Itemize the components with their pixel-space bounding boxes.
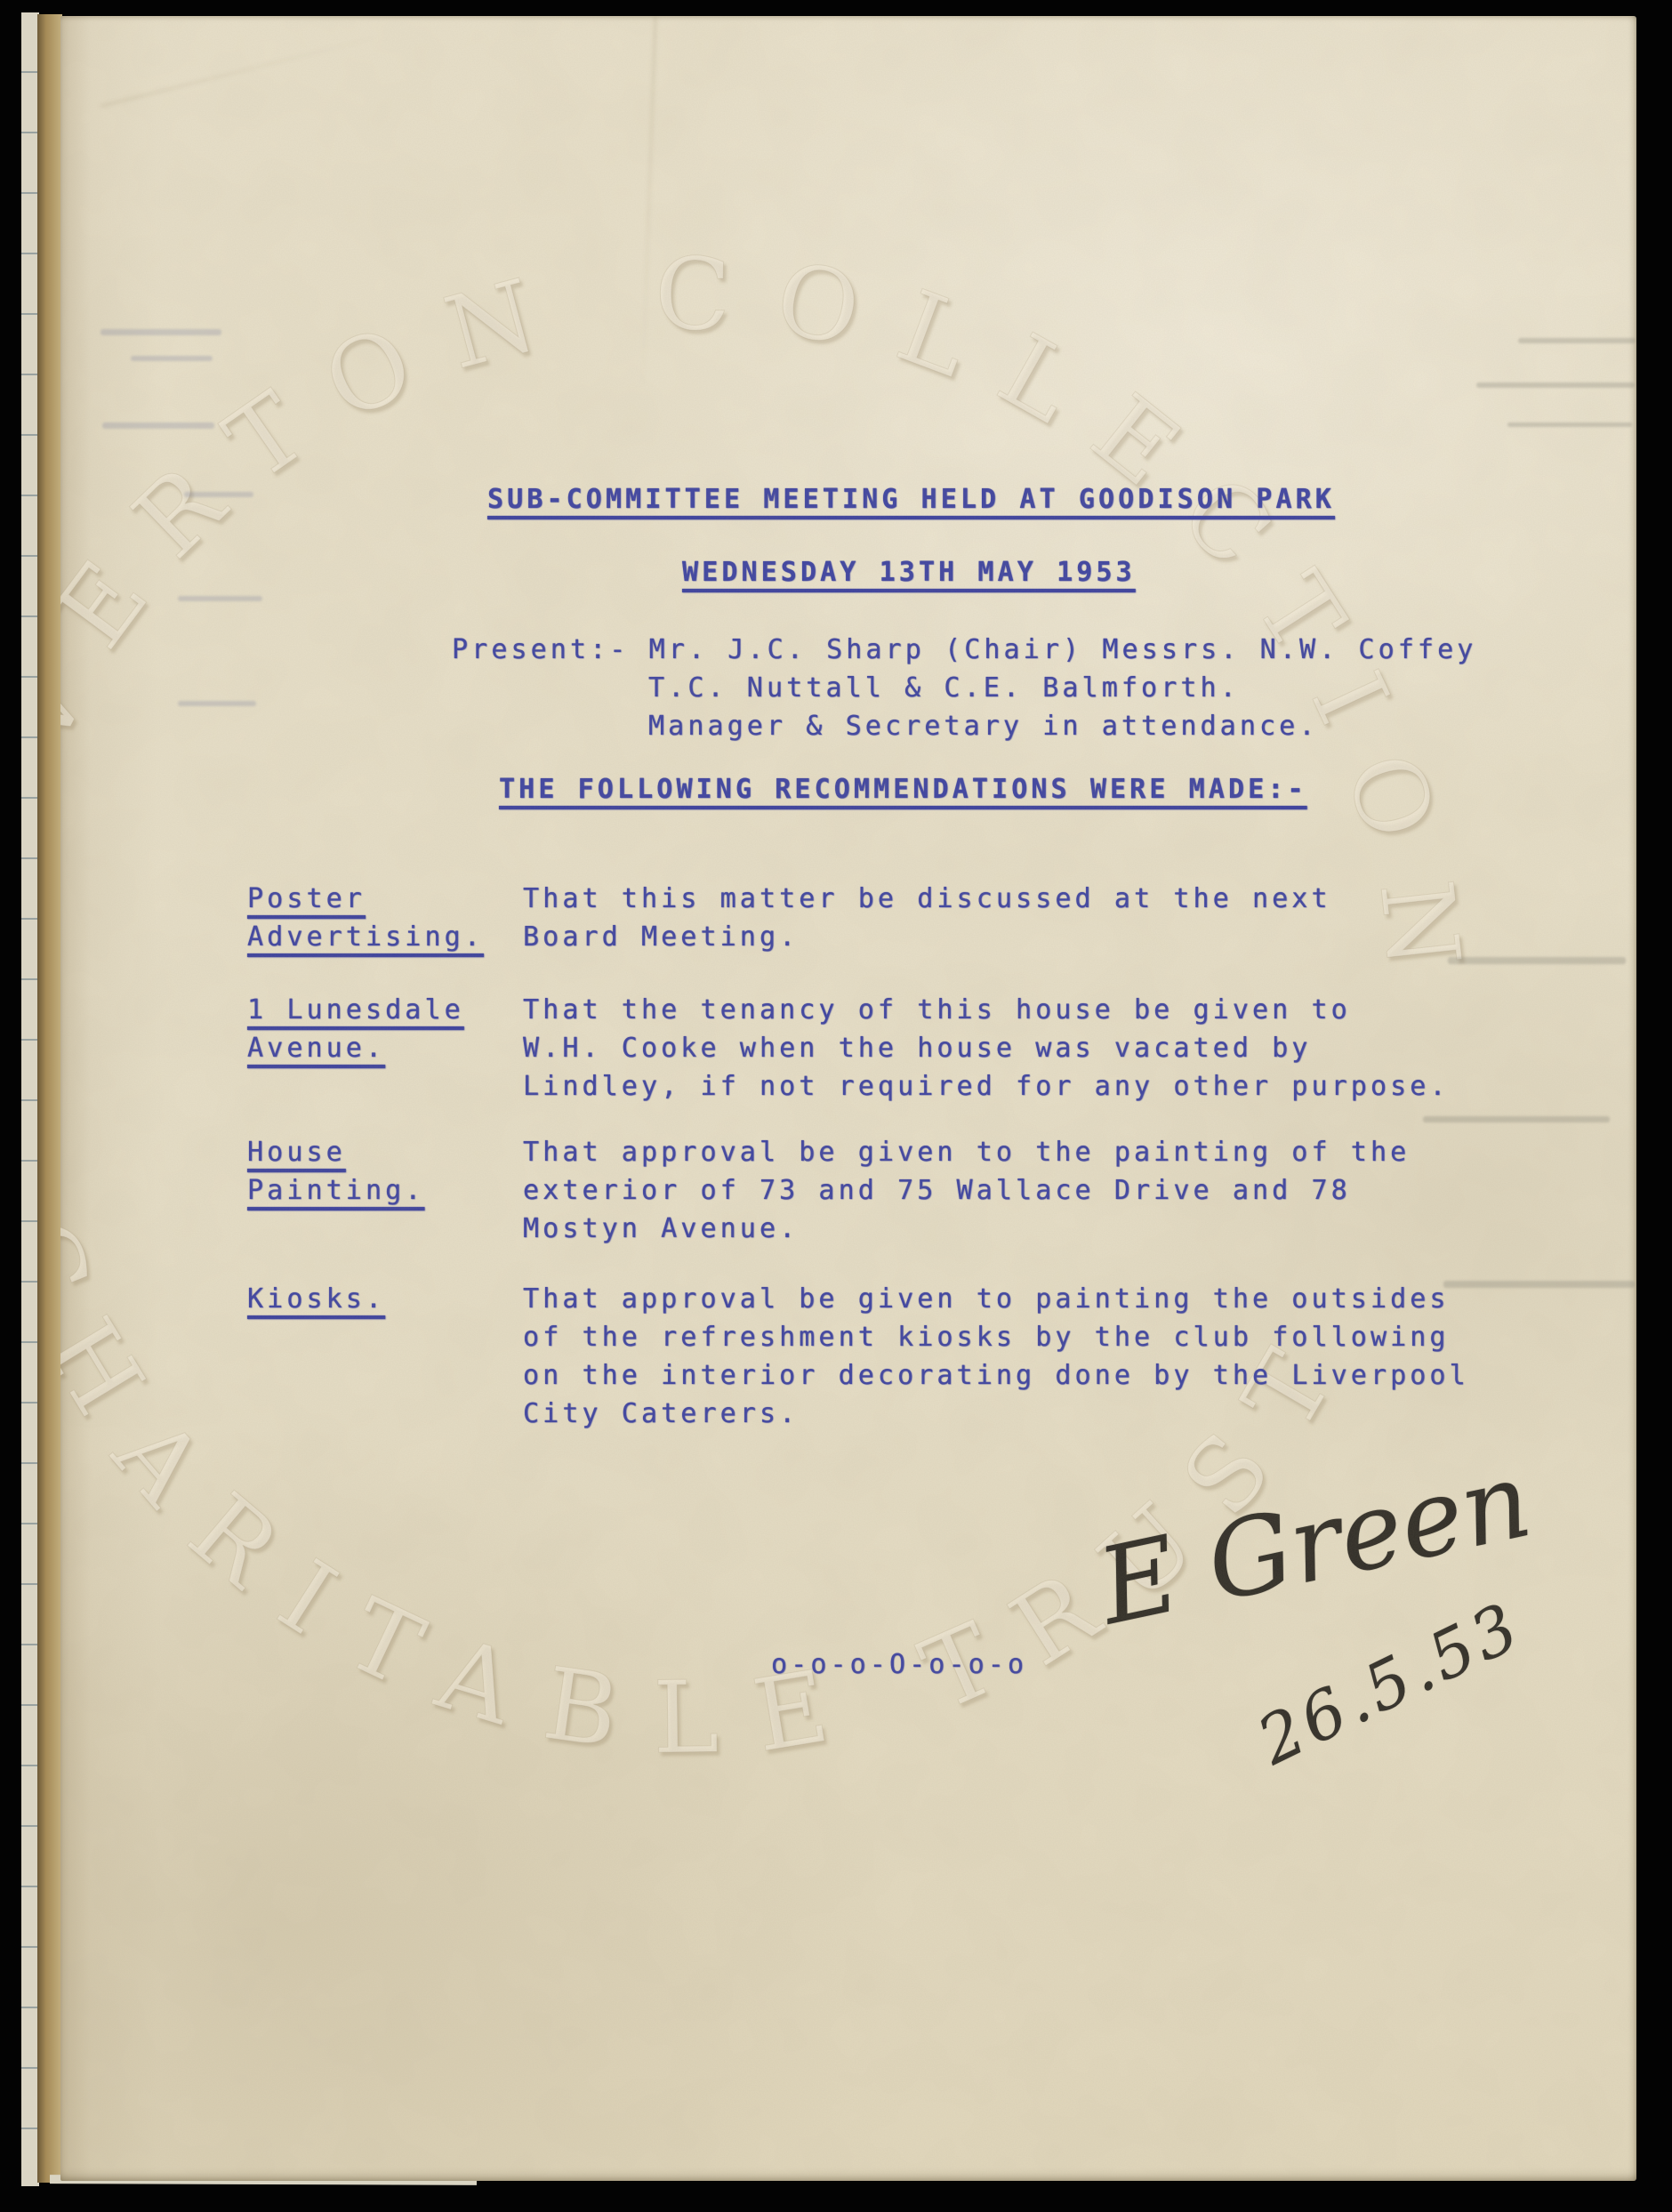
- present-block: Present:- Mr. J.C. Sharp (Chair) Messrs.…: [452, 631, 1636, 745]
- document-scan: THE EVERTON COLLECTION CHARITABLE TRUST …: [0, 0, 1672, 2212]
- closing-divider: o-o-o-O-o-o-o: [771, 1645, 1027, 1684]
- item-label-lunesdale-avenue: 1 Lunesdale Avenue.: [247, 991, 514, 1067]
- bleed-through-mark: [102, 422, 214, 429]
- date-heading: WEDNESDAY 13TH MAY 1953: [682, 553, 1136, 591]
- pencil-mark: [1423, 1116, 1610, 1122]
- bleed-through-mark: [131, 356, 213, 361]
- pencil-mark: [1507, 422, 1632, 427]
- document-title: SUB-COMMITTEE MEETING HELD AT GOODISON P…: [487, 480, 1335, 519]
- paper-crease: [100, 34, 386, 108]
- item-body-poster-advertising: That this matter be discussed at the nex…: [523, 880, 1537, 956]
- item-body-lunesdale-avenue: That the tenancy of this house be given …: [523, 991, 1537, 1106]
- minutes-page: THE EVERTON COLLECTION CHARITABLE TRUST …: [60, 16, 1636, 2181]
- bleed-through-mark: [178, 701, 256, 706]
- item-label-house-painting: House Painting.: [247, 1133, 514, 1210]
- item-body-kiosks: That approval be given to painting the o…: [523, 1280, 1537, 1433]
- item-body-house-painting: That approval be given to the painting o…: [523, 1133, 1537, 1248]
- handwritten-date: 26.5.53: [1246, 1587, 1534, 1782]
- bleed-through-mark: [178, 596, 262, 601]
- book-edge-strip: [37, 14, 62, 2183]
- bleed-through-mark: [184, 492, 253, 497]
- underlying-ruled-page-edge: [21, 12, 39, 2186]
- paper-crease: [640, 16, 656, 398]
- bleed-through-mark: [100, 329, 221, 335]
- item-label-kiosks: Kiosks.: [247, 1280, 514, 1318]
- pencil-mark: [1518, 338, 1636, 343]
- recommendations-heading: THE FOLLOWING RECOMMENDATIONS WERE MADE:…: [499, 770, 1307, 808]
- pencil-mark: [1448, 957, 1626, 964]
- item-label-poster-advertising: Poster Advertising.: [247, 880, 514, 956]
- pencil-mark: [1476, 382, 1635, 388]
